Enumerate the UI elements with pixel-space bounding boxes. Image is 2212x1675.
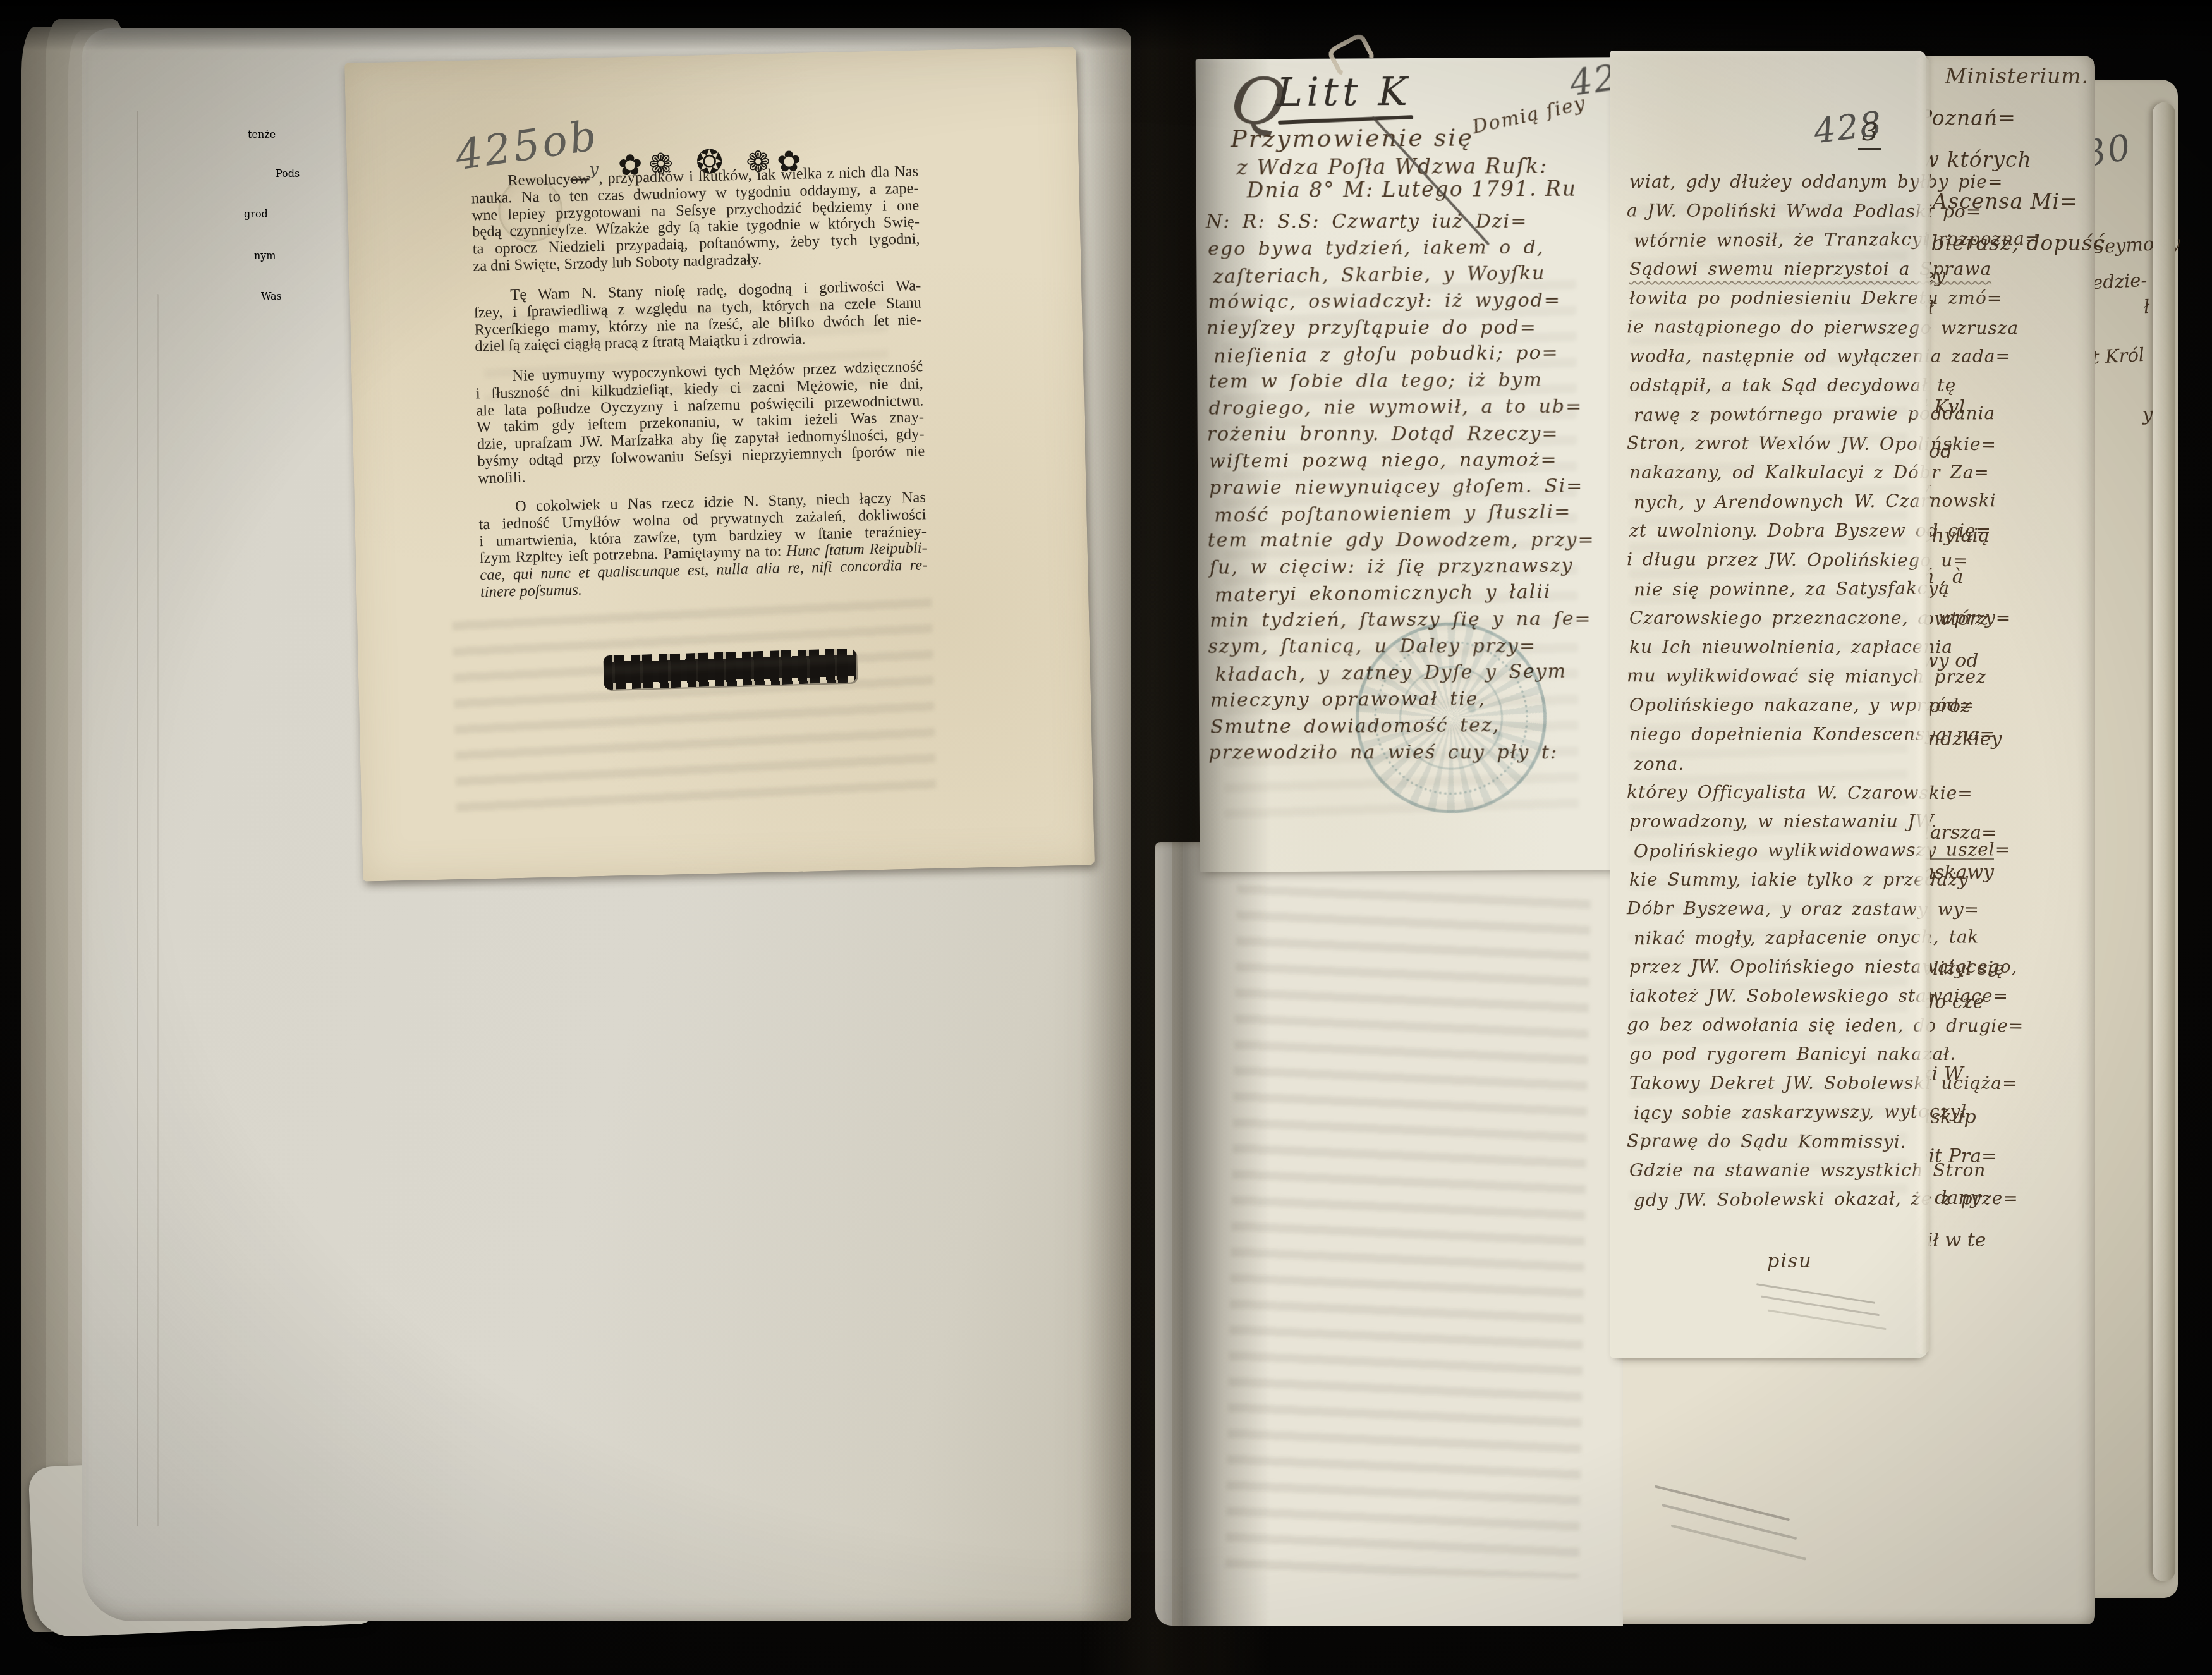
text-fragment: y [2142,403,2153,425]
manuscript-line: mość poſtanowieniem y ſłuszli= [1214,499,1612,530]
manuscript-line: nie się powinne, za Satysfakcyą [1634,574,1919,604]
manuscript-line: wiſtemi pozwą niego, naymoż= [1209,446,1607,475]
text-fragment: t Król [2091,344,2145,368]
margin-handwriting: nym [254,250,276,262]
manuscript-line: a JW. Opoliński Wwda Podlaski po= [1627,196,1912,226]
folio-number-ink: 3 [1858,118,1881,150]
left-page: tenżePodsgrodnymWas 425ob ✿❁❂❁✿ Rewolucy… [82,28,1131,1621]
manuscript-line: ie nastąpionego do pierwszego wzrusza [1627,312,1912,343]
manuscript-line: którey Officyalista W. Czarowskie= [1627,777,1912,808]
manuscript-line: drogiego, nie wymowił, a to ub= [1208,393,1607,422]
manuscript-subtitle: z Wdza Poſła Wdzwa Ruſk: [1236,154,1548,180]
printed-leaflet-425: 425ob ✿❁❂❁✿ Rewolucyowy, przypadków i ſk… [344,47,1095,882]
margin-handwriting: Was [261,290,282,302]
manuscript-line: min tydzień, ſtawszy ſię y na ſe= [1210,606,1608,634]
manuscript-line: prawie niewynuiącey głoſem. Si= [1209,473,1607,501]
tissue-interleaf [1155,842,1623,1626]
manuscript-line: wiat, gdy dłużey oddanym byłby pie= [1629,167,1915,197]
text-fragment: edzie- [2091,269,2148,294]
printed-paragraph-4: O cokolwiek u Nas rzecz idzie N. Stany, … [478,489,928,601]
manuscript-body: wiat, gdy dłużey oddanym byłby pie=a JW.… [1629,167,1915,1214]
margin-handwriting: tenże [248,128,276,140]
manuscript-line: materyi ekonomicznych y łalii [1215,578,1613,609]
manuscript-sheet-428: 428 3 wiat, gdy dłużey oddanym byłby pie… [1610,51,1926,1358]
manuscript-line: niego dopełnienia Kondescensya na= [1629,720,1915,749]
manuscript-line: przez JW. Opolińskiego niestawaiącego, [1629,953,1915,982]
sheet-edge-line [157,294,159,1526]
manuscript-line: zona. [1634,748,1919,779]
manuscript-line: go pod rygorem Banicyi nakazał. [1629,1040,1915,1069]
manuscript-line: nakazany, od Kalkulacyi z Dóbr Za= [1629,458,1915,487]
manuscript-line: wtórnie wnosił, że Tranzakcyi rozpozna= [1634,225,1919,255]
struck-text: ow [570,170,590,188]
manuscript-line: nieſienia z głoſu pobudki; po= [1213,339,1612,370]
manuscript-line: mówiąc, oswiadczył: iż wygod= [1208,287,1607,315]
manuscript-line: Opolińskiego nakazane, y wprzód= [1629,691,1915,720]
corner-annotation: Domią ſiey [1470,92,1588,138]
manuscript-line: zt uwolniony. Dobra Byszew od cię= [1629,516,1915,545]
manuscript-line: i długu przez JW. Opolińskiego u= [1627,545,1912,575]
manuscript-line: rożeniu bronny. Dotąd Rzeczy= [1207,421,1605,448]
pencil-scribble [1756,1283,1875,1304]
text-fragment: ł [2143,296,2150,317]
printed-paragraph-3: Nie uymuymy wypoczynkowi tych Mężów prze… [475,358,925,487]
manuscript-line: Dóbr Byszewa, y oraz zastawy wy= [1627,894,1912,924]
manuscript-sheet-426: 426 Q Litt K Domią ſiey Przymowienie się… [1196,57,1626,872]
manuscript-line: nych, y Arendownych W. Czarnowski [1634,487,1919,517]
manuscript-line: kie Summy, iakie tylko z przedaży [1629,865,1915,894]
word-base: Rewolucy [507,171,571,189]
manuscript-line: zaſteriach, Skarbie, y Woyſku [1213,260,1611,291]
manuscript-date: Dnia 8° M: Lutego 1791. Ru [1247,176,1577,203]
manuscript-line: N: R: S.S: Czwarty iuż Dzi= [1206,209,1604,236]
manuscript-line: Sprawę do Sądu Kommissyi. [1627,1126,1912,1157]
manuscript-line: ſu, w cięciw: iż ſię przyznawszy [1210,552,1608,581]
manuscript-line: nikać mogły, zapłacenie onych, tak [1634,923,1919,953]
manuscript-line: iakoteż JW. Sobolewskiego stawaiące= [1629,982,1915,1011]
margin-handwriting: grod [244,208,268,220]
manuscript-line: Opolińskiego wylikwidowawszy uszel= [1634,836,1919,866]
manuscript-line: wodła, następnie od wyłączenia zada= [1629,342,1915,371]
pencil-scribble [1655,1485,1790,1521]
manuscript-line: go bez odwołania się ieden, do drugie= [1627,1010,1912,1040]
manuscript-line: ego bywa tydzień, iakem o d, [1208,234,1606,262]
catchword: pisu [1767,1250,1813,1272]
manuscript-line: rawę z powtórnego prawie poddania [1634,399,1919,430]
manuscript-line: Takowy Dekret JW. Sobolewski uciąża= [1629,1069,1915,1098]
manuscript-line: Sądowi swemu nieprzystoi a Sprawa [1629,255,1915,284]
manuscript-line: prowadzony, w niestawaniu JW. [1629,807,1915,836]
sheet-edge-line [137,111,138,1526]
manuscript-line: tem matnie gdy Dowodzem, przy= [1208,527,1606,554]
archival-book-scan: tenżePodsgrodnymWas 425ob ✿❁❂❁✿ Rewolucy… [0,0,2212,1675]
underline-stroke [1278,115,1413,125]
manuscript-line: iący sobie zaskarzywszy, wytoczył [1634,1097,1919,1128]
manuscript-line: tem w ſobie dla tego; iż bym [1208,367,1607,395]
show-through-text [451,594,936,813]
printed-paragraph-1: Rewolucyowy, przypadków i ſkutków, iak w… [471,162,920,275]
manuscript-line: Gdzie na stawanie wszystkich Stron [1629,1156,1915,1185]
tailpiece-ornament-icon [603,648,856,690]
manuscript-line: ku Ich nieuwolnienia, zapłacenia [1629,633,1915,662]
manuscript-line: Czarowskiego przeznaczone, a wprzy= [1629,604,1915,633]
manuscript-line: odstąpił, a tak Sąd decydował tę [1629,371,1915,400]
show-through-mirrored-text [1225,877,1591,1578]
manuscript-line: Stron, zwrot Wexlów JW. Opolińskie= [1627,429,1912,459]
margin-handwriting: Pods [276,167,300,180]
manuscript-title: Przymowienie się [1231,123,1474,152]
manuscript-line: łowita po podniesieniu Dekretu zmó= [1629,284,1915,313]
manuscript-line: gdy JW. Sobolewski okazał, że z prze= [1634,1185,1919,1215]
printed-paragraph-2: Tę Wam N. Stany nioſę radę, dogodną i go… [473,277,922,355]
manuscript-line: mu wylikwidować się mianych przez [1627,661,1912,691]
manuscript-line: nieyſzey przyſtąpuie do pod= [1206,315,1605,342]
handwritten-correction: y [589,160,599,179]
